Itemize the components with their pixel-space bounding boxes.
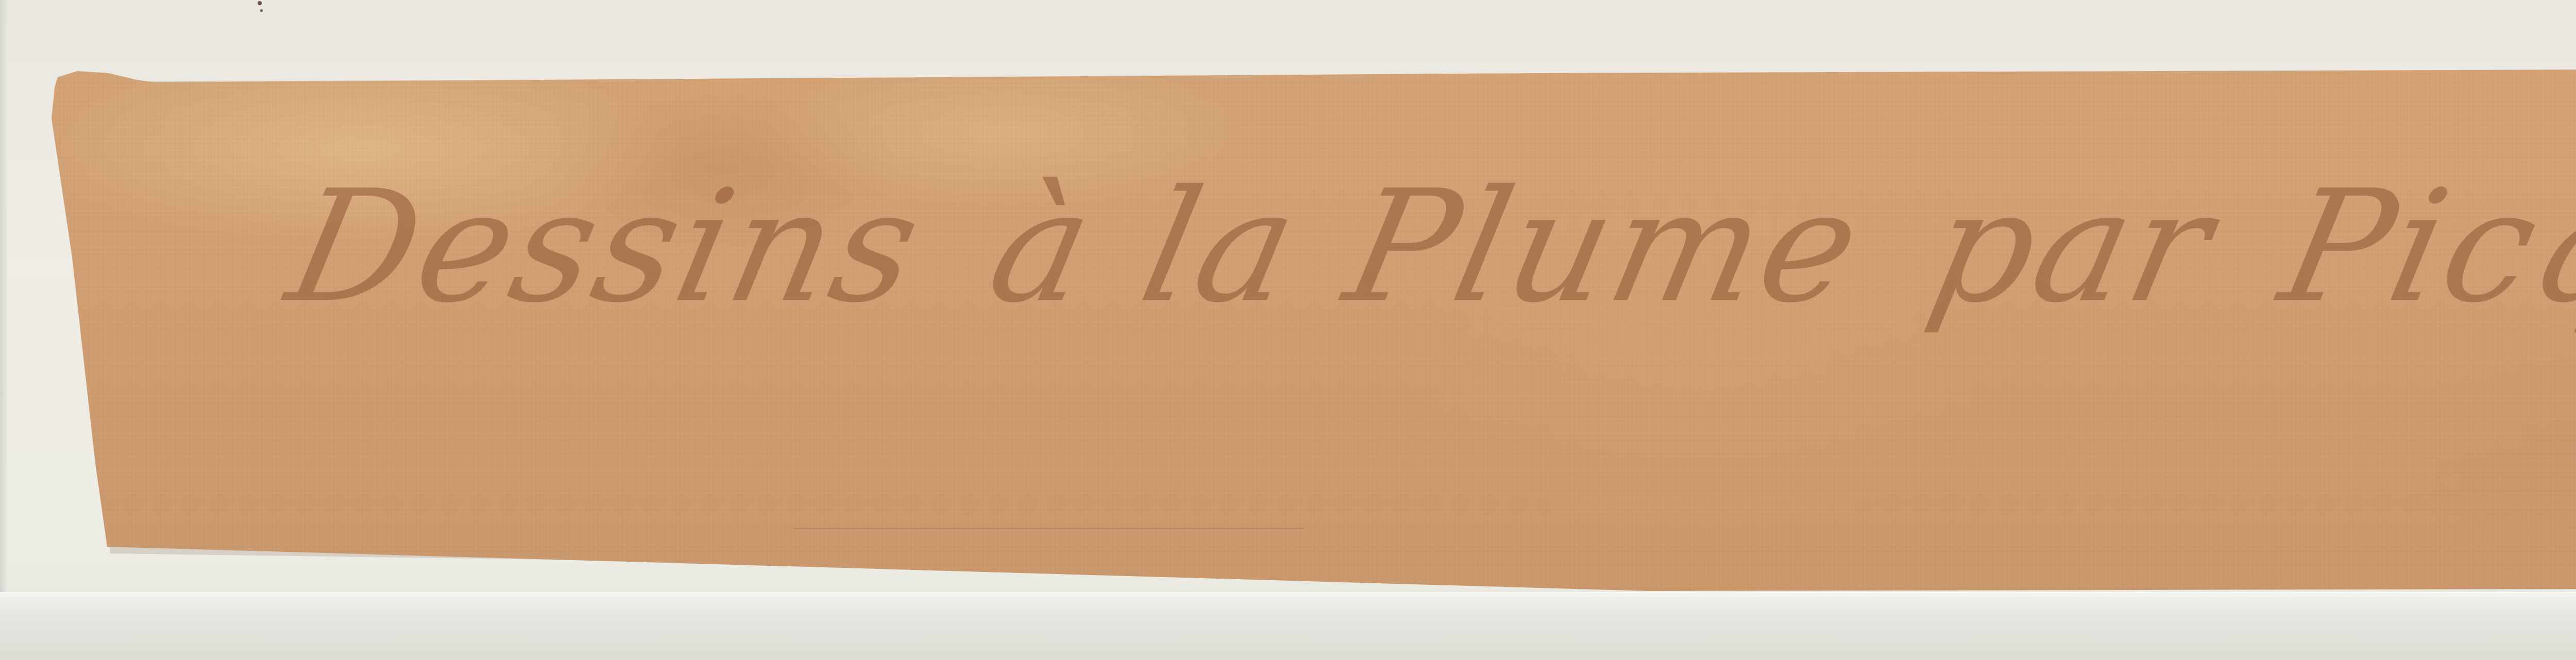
inscription-word-dessins: Dessins	[278, 170, 935, 324]
mount-left-edge	[0, 0, 7, 660]
inscription-word-la: la	[1131, 170, 1312, 324]
mount-bottom-ledge	[0, 592, 2576, 660]
inscription-word-plume: Plume	[1335, 170, 1875, 324]
speck	[258, 1, 262, 5]
speck	[260, 9, 263, 12]
faint-ruled-line	[793, 528, 1303, 529]
inscription-word-picquignon: Picquignon	[2270, 170, 2576, 324]
handwritten-inscription: Dessins à la Plume par Picquignon .	[266, 170, 2576, 376]
inscription-word-par: par	[1919, 170, 2226, 324]
inscription-word-a: à	[979, 170, 1107, 324]
